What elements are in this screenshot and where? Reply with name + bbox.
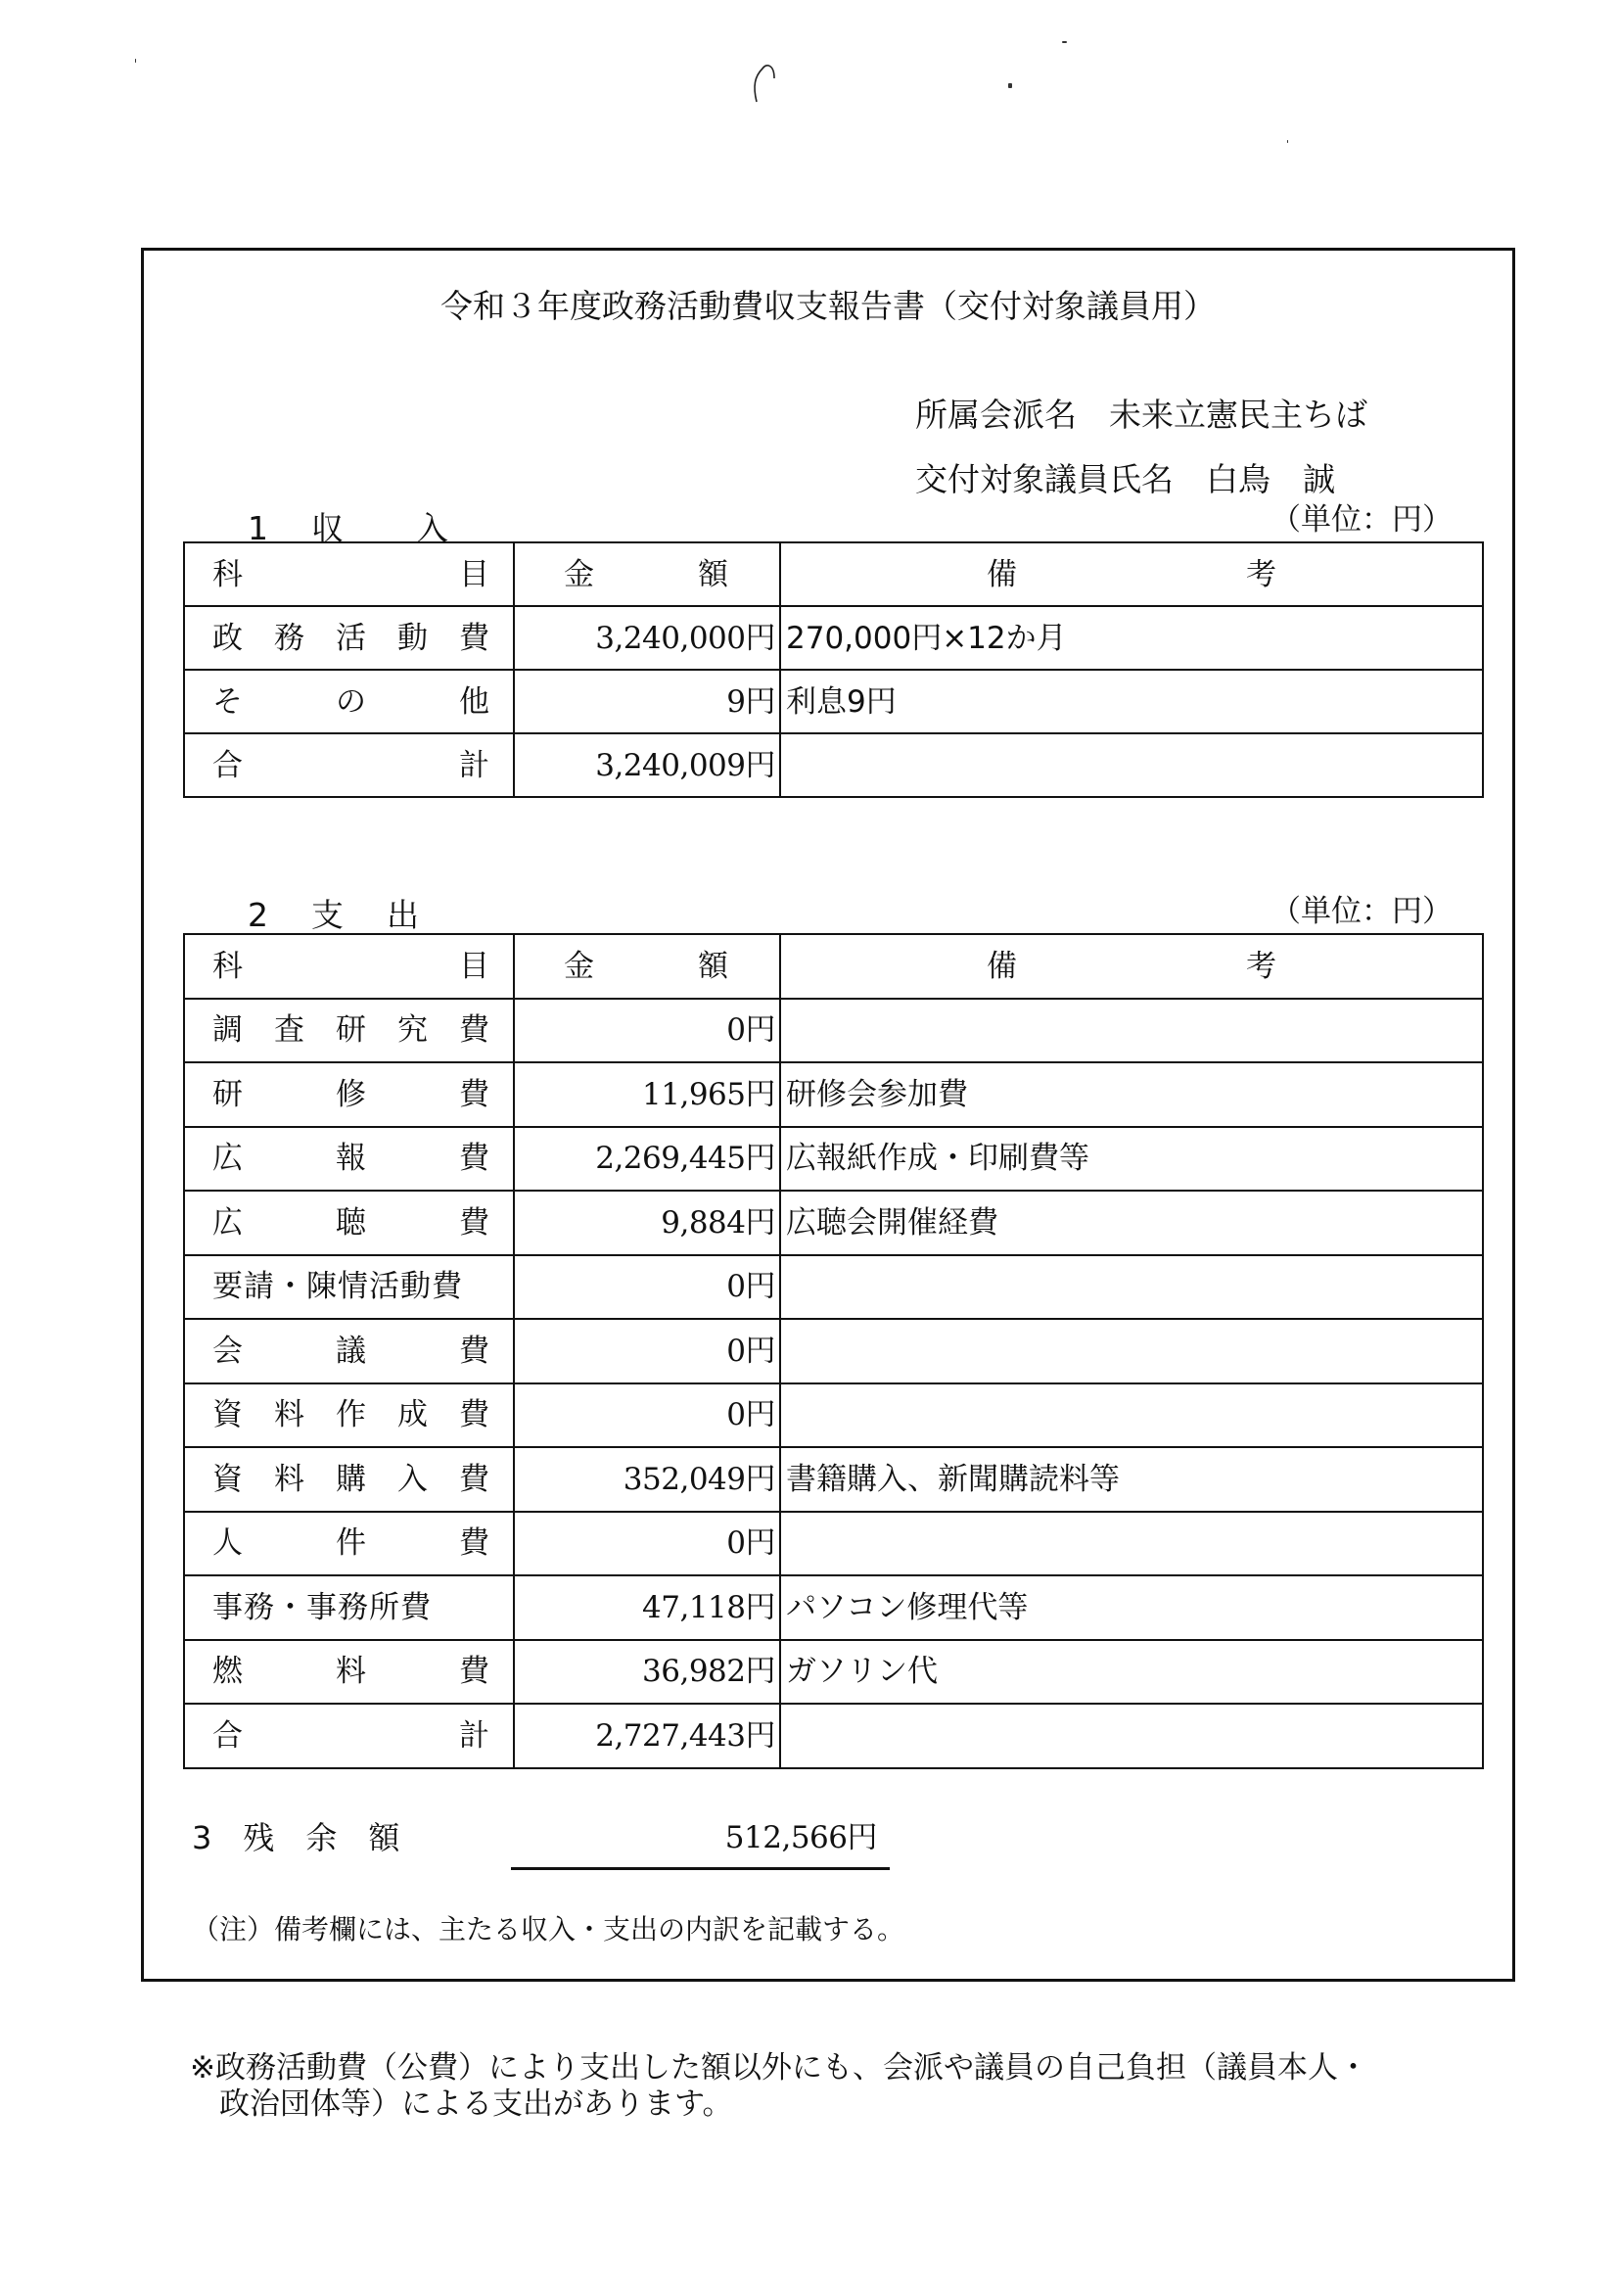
row-subject: 資料作成費: [184, 1383, 514, 1448]
table-row: 事務・事務所費 47,118円 パソコン修理代等: [184, 1575, 1483, 1640]
subject-char: 政: [212, 619, 243, 658]
table-row: 人件費 0円: [184, 1512, 1483, 1576]
yen-suffix: 円: [746, 1077, 776, 1112]
remarks-text: 広報紙作成・印刷費等: [781, 1139, 1482, 1178]
row-subject: 合計: [184, 733, 514, 797]
table-row: 資料購入費 352,049円 書籍購入、新聞購読料等: [184, 1447, 1483, 1512]
scan-speck: [135, 59, 136, 63]
scan-speck: [1287, 140, 1288, 143]
header-char: 目: [459, 947, 489, 986]
header-char: 額: [698, 555, 728, 594]
subject-char: 購: [336, 1460, 366, 1499]
remarks-text: 270,000円×12か月: [781, 619, 1482, 658]
remarks-text: ガソリン代: [781, 1652, 1482, 1691]
row-subject: 広聴費: [184, 1191, 514, 1255]
subject-char: 費: [459, 1075, 489, 1114]
subject-char: 合: [212, 746, 243, 785]
subject-char: 務: [274, 619, 304, 658]
row-subject: 調査研究費: [184, 999, 514, 1063]
header-amount: 金額: [514, 542, 780, 606]
row-remarks: [780, 999, 1483, 1063]
subject-char: の: [336, 682, 366, 722]
subject-char: 人: [212, 1523, 243, 1563]
remarks-text: パソコン修理代等: [781, 1588, 1482, 1627]
subject-char: 報: [336, 1139, 366, 1178]
row-subject: 政務活動費: [184, 606, 514, 670]
row-remarks: [780, 1704, 1483, 1768]
row-remarks: [780, 1383, 1483, 1448]
subject-char: 要請・陳情活動費: [212, 1267, 463, 1306]
row-amount: 36,982円: [514, 1640, 780, 1705]
yen-suffix: 円: [746, 1205, 776, 1241]
amount-value: 0: [726, 1269, 745, 1304]
subject-char: 費: [459, 1332, 489, 1371]
subject-char: 広: [212, 1139, 243, 1178]
subject-char: 査: [274, 1010, 304, 1050]
row-remarks: パソコン修理代等: [780, 1575, 1483, 1640]
expenditure-unit-label: （単位：円）: [1270, 893, 1453, 930]
subject-char: 料: [274, 1460, 304, 1499]
remarks-text: 広聴会開催経費: [781, 1203, 1482, 1242]
subject-char: 修: [336, 1075, 366, 1114]
row-amount: 0円: [514, 999, 780, 1063]
table-row: 要請・陳情活動費 0円: [184, 1255, 1483, 1320]
table-row: 会議費 0円: [184, 1319, 1483, 1383]
footnote-line-1: ※政務活動費（公費）により支出した額以外にも、会派や議員の自己負担（議員本人・: [190, 2050, 1368, 2085]
spacer: [1174, 460, 1206, 498]
yen-suffix: 円: [746, 1397, 776, 1432]
footnote: ※政務活動費（公費）により支出した額以外にも、会派や議員の自己負担（議員本人・ …: [190, 2050, 1492, 2123]
amount-value: 0: [726, 1012, 745, 1048]
row-amount: 9,884円: [514, 1191, 780, 1255]
subject-char: 他: [459, 682, 489, 722]
table-row: 政務活動費 3,240,000円 270,000円×12か月: [184, 606, 1483, 670]
amount-value: 47,118: [642, 1590, 745, 1625]
income-unit-label: （単位：円）: [1270, 501, 1453, 539]
header-remarks: 備考: [780, 542, 1483, 606]
header-char: 備: [987, 555, 1017, 594]
subject-char: 資: [212, 1395, 243, 1434]
row-subject: 資料購入費: [184, 1447, 514, 1512]
header-char: 考: [1246, 555, 1276, 594]
row-amount: 0円: [514, 1255, 780, 1320]
yen-suffix: 円: [746, 748, 776, 783]
header-subject: 科目: [184, 542, 514, 606]
subject-char: 研: [212, 1075, 243, 1114]
remarks-text: 研修会参加費: [781, 1075, 1482, 1114]
subject-char: 費: [459, 1010, 489, 1050]
row-amount: 352,049円: [514, 1447, 780, 1512]
subject-char: 作: [336, 1395, 366, 1434]
row-amount: 0円: [514, 1512, 780, 1576]
row-remarks: 270,000円×12か月: [780, 606, 1483, 670]
expenditure-heading-number: 2: [248, 896, 268, 934]
yen-suffix: 円: [746, 621, 776, 656]
row-subject: 事務・事務所費: [184, 1575, 514, 1640]
row-amount: 47,118円: [514, 1575, 780, 1640]
amount-value: 352,049: [624, 1462, 746, 1497]
subject-char: 燃: [212, 1652, 243, 1691]
row-subject: 合計: [184, 1704, 514, 1768]
yen-suffix: 円: [746, 1590, 776, 1625]
subject-char: 費: [459, 1395, 489, 1434]
row-remarks: ガソリン代: [780, 1640, 1483, 1705]
header-char: 目: [459, 555, 489, 594]
expenditure-heading-char: 支: [311, 896, 344, 934]
table-row: 広報費 2,269,445円 広報紙作成・印刷費等: [184, 1127, 1483, 1192]
subject-char: 成: [397, 1395, 428, 1434]
expenditure-heading-char: 出: [387, 896, 419, 934]
scan-mark-icon: [749, 59, 778, 108]
amount-value: 0: [726, 1397, 745, 1432]
subject-char: 事務・事務所費: [212, 1588, 432, 1627]
table-row: 研修費 11,965円 研修会参加費: [184, 1062, 1483, 1127]
row-amount: 2,269,445円: [514, 1127, 780, 1192]
subject-char: 聴: [336, 1203, 366, 1242]
table-row: その他 9円 利息9円: [184, 670, 1483, 733]
header-char: 備: [987, 947, 1017, 986]
table-total-row: 合計 3,240,009円: [184, 733, 1483, 797]
subject-char: 料: [274, 1395, 304, 1434]
subject-char: 会: [212, 1332, 243, 1371]
row-remarks: [780, 733, 1483, 797]
income-heading: 1収入: [227, 467, 448, 549]
subject-char: 究: [397, 1010, 428, 1050]
amount-value: 2,727,443: [595, 1718, 745, 1754]
subject-char: 費: [459, 1523, 489, 1563]
amount-value: 9: [726, 684, 745, 720]
remarks-text: 利息9円: [781, 682, 1482, 722]
header-char: 額: [698, 947, 728, 986]
amount-value: 0: [726, 1525, 745, 1561]
income-table: 科目 金額 備考 政務活動費 3,240,000円 270,000円×12か月 …: [183, 541, 1484, 798]
row-subject: 会議費: [184, 1319, 514, 1383]
remarks-note: （注）備考欄には、主たる収入・支出の内訳を記載する。: [192, 1911, 904, 1948]
header-char: 科: [212, 555, 243, 594]
row-remarks: [780, 1319, 1483, 1383]
subject-char: 研: [336, 1010, 366, 1050]
subject-char: 費: [459, 1460, 489, 1499]
subject-char: 費: [459, 619, 489, 658]
yen-suffix: 円: [746, 1012, 776, 1048]
row-subject: 研修費: [184, 1062, 514, 1127]
table-row: 資料作成費 0円: [184, 1383, 1483, 1448]
row-remarks: [780, 1512, 1483, 1576]
expenditure-table: 科目 金額 備考 調査研究費 0円 研修費 11,965円 研修会参加費 広報費…: [183, 933, 1484, 1769]
subject-char: 資: [212, 1460, 243, 1499]
yen-suffix: 円: [746, 1718, 776, 1754]
header-amount: 金額: [514, 934, 780, 999]
subject-char: 合: [212, 1716, 243, 1756]
table-total-row: 合計 2,727,443円: [184, 1704, 1483, 1768]
row-subject: その他: [184, 670, 514, 733]
member-value: 白鳥 誠: [1206, 460, 1335, 498]
header-char: 金: [564, 555, 594, 594]
row-remarks: 研修会参加費: [780, 1062, 1483, 1127]
header-char: 科: [212, 947, 243, 986]
amount-value: 36,982: [642, 1654, 745, 1689]
expenditure-heading: 2支出: [227, 854, 419, 936]
member-line: 交付対象議員氏名 白鳥 誠: [895, 418, 1335, 500]
remarks-text: 書籍購入、新聞購読料等: [781, 1460, 1482, 1499]
subject-char: 費: [459, 1139, 489, 1178]
row-subject: 要請・陳情活動費: [184, 1255, 514, 1320]
balance-amount: 512,566円: [511, 1817, 877, 1858]
row-amount: 11,965円: [514, 1062, 780, 1127]
amount-value: 3,240,000: [595, 621, 745, 656]
table-header-row: 科目 金額 備考: [184, 542, 1483, 606]
amount-value: 3,240,009: [595, 748, 745, 783]
footnote-line-2: 政治団体等）による支出があります。: [190, 2086, 1492, 2123]
row-remarks: 書籍購入、新聞購読料等: [780, 1447, 1483, 1512]
row-amount: 3,240,000円: [514, 606, 780, 670]
yen-suffix: 円: [746, 684, 776, 720]
subject-char: 活: [336, 619, 366, 658]
balance-heading: 3 残 余 額: [192, 1817, 399, 1858]
row-remarks: [780, 1255, 1483, 1320]
header-remarks: 備考: [780, 934, 1483, 999]
row-remarks: 広聴会開催経費: [780, 1191, 1483, 1255]
yen-suffix: 円: [746, 1654, 776, 1689]
subject-char: 費: [459, 1203, 489, 1242]
header-char: 金: [564, 947, 594, 986]
subject-char: 広: [212, 1203, 243, 1242]
scan-speck: [1008, 83, 1012, 88]
scan-speck: [1062, 41, 1067, 43]
subject-char: 動: [397, 619, 428, 658]
subject-char: 費: [459, 1652, 489, 1691]
table-header-row: 科目 金額 備考: [184, 934, 1483, 999]
yen-suffix: 円: [746, 1462, 776, 1497]
row-remarks: 利息9円: [780, 670, 1483, 733]
yen-suffix: 円: [746, 1269, 776, 1304]
row-amount: 0円: [514, 1319, 780, 1383]
table-row: 調査研究費 0円: [184, 999, 1483, 1063]
yen-suffix: 円: [746, 1525, 776, 1561]
table-row: 燃料費 36,982円 ガソリン代: [184, 1640, 1483, 1705]
row-amount: 2,727,443円: [514, 1704, 780, 1768]
subject-char: 計: [459, 1716, 489, 1756]
amount-value: 9,884: [661, 1205, 745, 1241]
row-subject: 人件費: [184, 1512, 514, 1576]
subject-char: 議: [336, 1332, 366, 1371]
subject-char: 計: [459, 746, 489, 785]
subject-char: 入: [397, 1460, 428, 1499]
row-amount: 9円: [514, 670, 780, 733]
amount-value: 0: [726, 1334, 745, 1369]
table-row: 広聴費 9,884円 広聴会開催経費: [184, 1191, 1483, 1255]
amount-value: 2,269,445: [595, 1141, 745, 1176]
yen-suffix: 円: [746, 1141, 776, 1176]
subject-char: 調: [212, 1010, 243, 1050]
row-amount: 0円: [514, 1383, 780, 1448]
row-subject: 燃料費: [184, 1640, 514, 1705]
row-amount: 3,240,009円: [514, 733, 780, 797]
report-title: 令和３年度政務活動費収支報告書（交付対象議員用）: [141, 286, 1515, 327]
subject-char: そ: [212, 682, 243, 722]
yen-suffix: 円: [746, 1334, 776, 1369]
header-subject: 科目: [184, 934, 514, 999]
amount-value: 11,965: [642, 1077, 745, 1112]
balance-underline: [511, 1867, 890, 1870]
row-remarks: 広報紙作成・印刷費等: [780, 1127, 1483, 1192]
member-label: 交付対象議員氏名: [915, 460, 1174, 498]
subject-char: 件: [336, 1523, 366, 1563]
subject-char: 料: [336, 1652, 366, 1691]
row-subject: 広報費: [184, 1127, 514, 1192]
header-char: 考: [1246, 947, 1276, 986]
